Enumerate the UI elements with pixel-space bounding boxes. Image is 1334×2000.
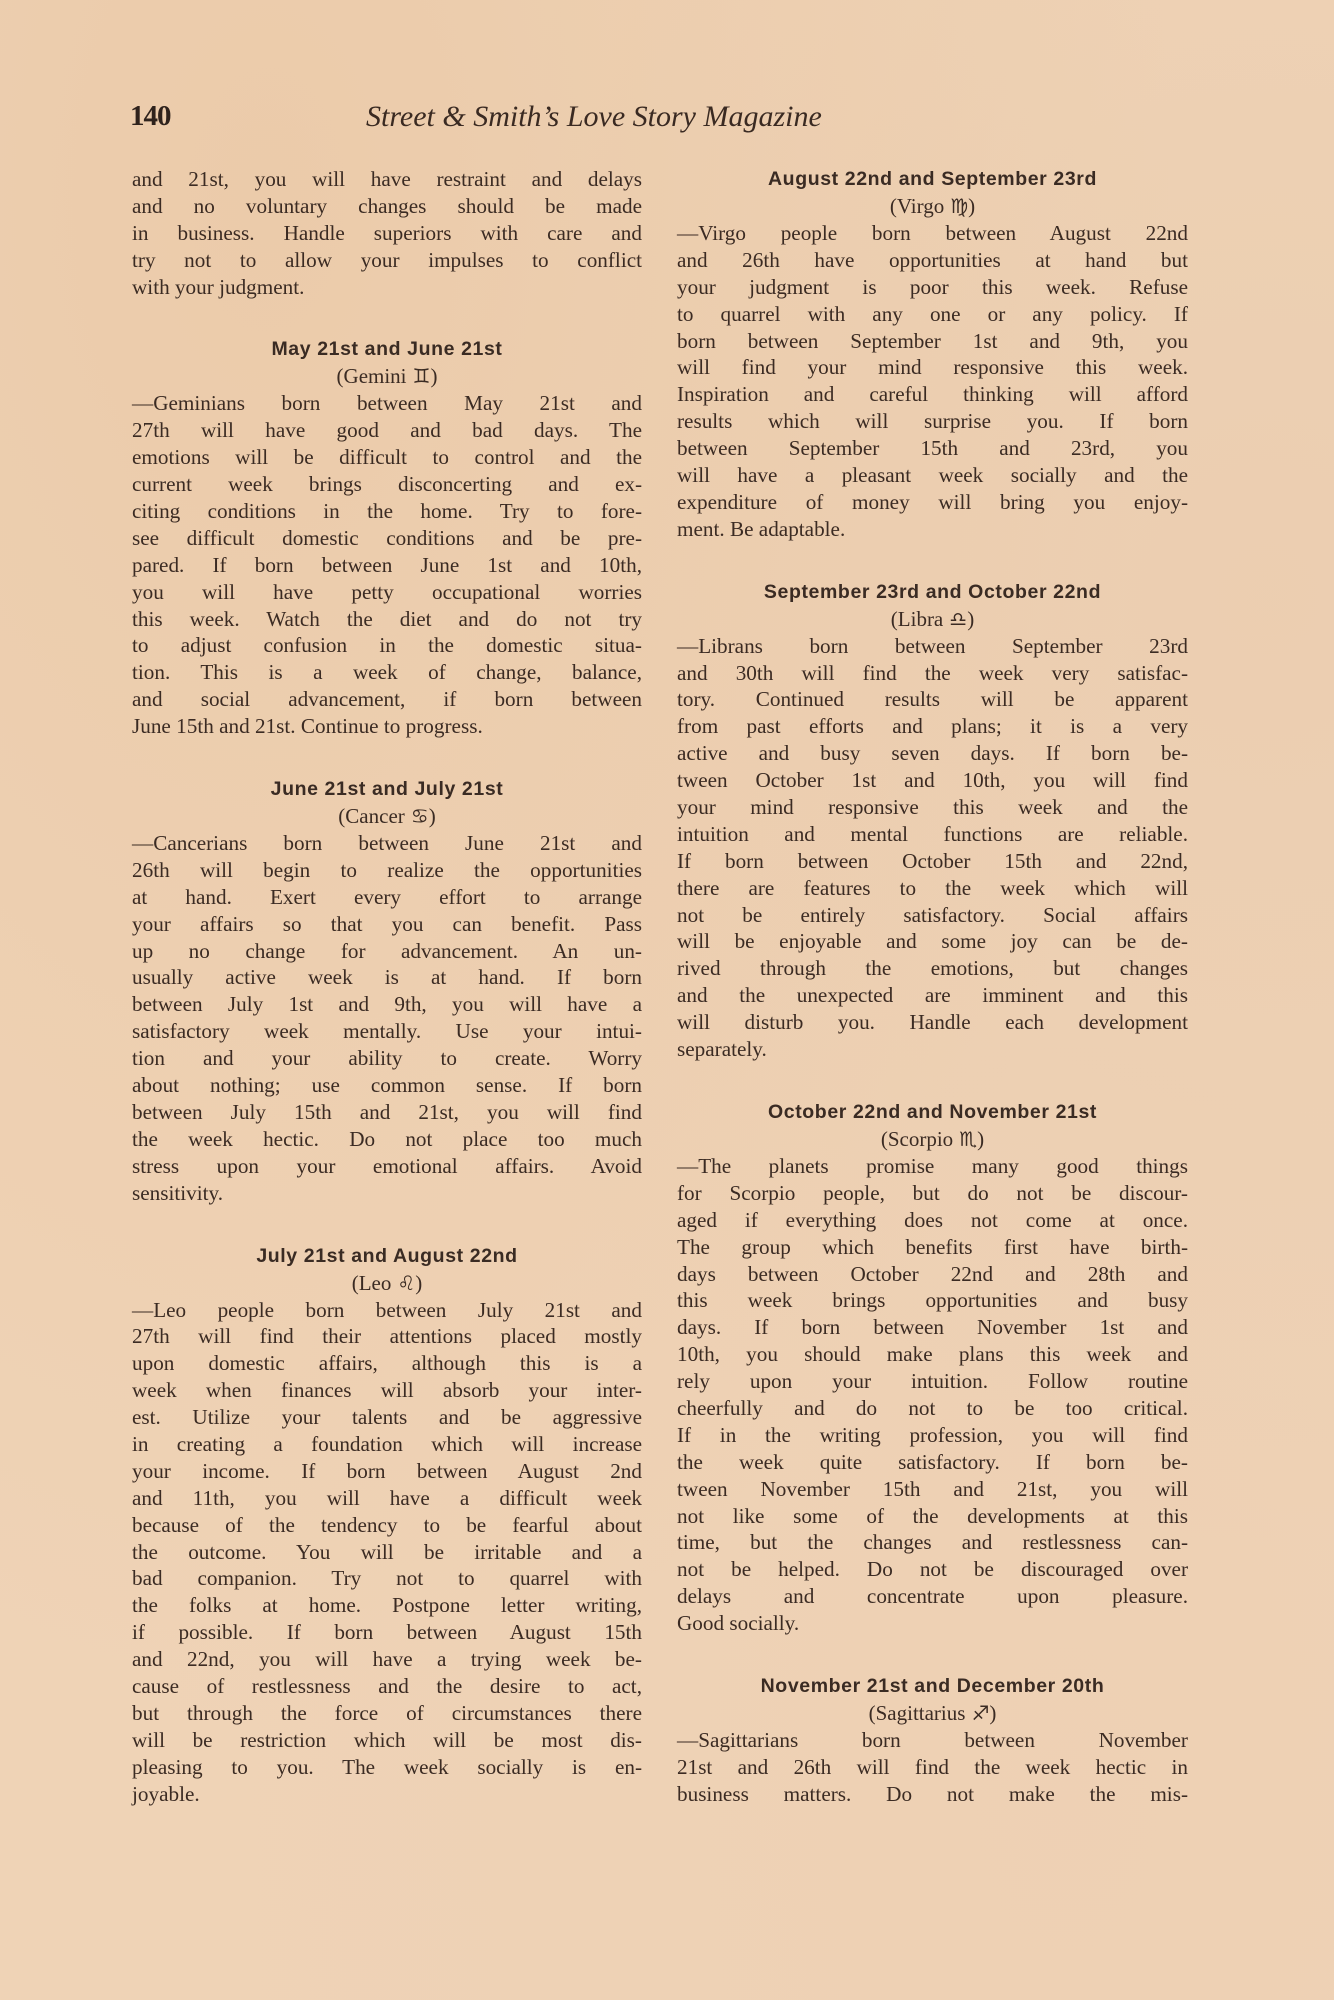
horoscope-section: November 21st and December 20th(Sagittar… (677, 1637, 1188, 1808)
body-line: and 11th, you will have a difficult week (132, 1485, 642, 1512)
section-body: —Librans born between September 23rdand … (677, 633, 1188, 1063)
body-line: —Librans born between September 23rd (677, 633, 1188, 660)
leo-icon: ♌ (397, 1271, 415, 1295)
body-line: business matters. Do not make the mis- (677, 1781, 1188, 1808)
body-line: between September 15th and 23rd, you (677, 435, 1188, 462)
section-gap (677, 543, 1188, 579)
section-gap (132, 1207, 642, 1243)
section-gap (132, 300, 642, 336)
section-body: —The planets promise many good thingsfor… (677, 1153, 1188, 1637)
section-body: —Leo people born between July 21st and27… (132, 1297, 642, 1808)
zodiac-sign-label: (Leo♌) (132, 1270, 642, 1297)
body-line: If born between October 15th and 22nd, (677, 848, 1188, 875)
body-line: tween October 1st and 10th, you will fin… (677, 767, 1188, 794)
body-line: intuition and mental functions are relia… (677, 821, 1188, 848)
zodiac-sign-name: Leo (359, 1271, 392, 1295)
body-line: and 22nd, you will have a trying week be… (132, 1646, 642, 1673)
sagittarius-icon: ♐ (971, 1701, 989, 1725)
body-line: and social advancement, if born between (132, 686, 642, 713)
body-line: because of the tendency to be fearful ab… (132, 1512, 642, 1539)
body-line: tory. Continued results will be apparent (677, 686, 1188, 713)
horoscope-section: May 21st and June 21st(Gemini♊)—Geminian… (132, 300, 642, 740)
body-line: not be entirely satisfactory. Social aff… (677, 902, 1188, 929)
body-line: will find your mind responsive this week… (677, 354, 1188, 381)
body-line: active and busy seven days. If born be- (677, 740, 1188, 767)
body-line: days. If born between November 1st and (677, 1314, 1188, 1341)
body-line: bad companion. Try not to quarrel with (132, 1565, 642, 1592)
body-line: your mind responsive this week and the (677, 794, 1188, 821)
body-line: your judgment is poor this week. Refuse (677, 274, 1188, 301)
right-column: August 22nd and September 23rd(Virgo♍)—V… (677, 166, 1188, 1808)
body-line: —Leo people born between July 21st and (132, 1297, 642, 1324)
section-dates-heading: June 21st and July 21st (132, 776, 642, 803)
body-line: If in the writing profession, you will f… (677, 1422, 1188, 1449)
body-line: in creating a foundation which will incr… (132, 1431, 642, 1458)
body-line: and 21st, you will have restraint and de… (132, 166, 642, 193)
body-line: and no voluntary changes should be made (132, 193, 642, 220)
continued-paragraph: and 21st, you will have restraint and de… (132, 166, 642, 300)
horoscope-section: October 22nd and November 21st(Scorpio♏)… (677, 1063, 1188, 1637)
body-line: rived through the emotions, but changes (677, 955, 1188, 982)
body-line: see difficult domestic conditions and be… (132, 525, 642, 552)
body-line: pleasing to you. The week socially is en… (132, 1754, 642, 1781)
body-line: tion and your ability to create. Worry (132, 1045, 642, 1072)
body-line: will have a pleasant week socially and t… (677, 462, 1188, 489)
body-line: for Scorpio people, but do not be discou… (677, 1180, 1188, 1207)
body-line: and the unexpected are imminent and this (677, 982, 1188, 1009)
body-line: current week brings disconcerting and ex… (132, 471, 642, 498)
body-line: The group which benefits first have birt… (677, 1234, 1188, 1261)
body-line: upon domestic affairs, although this is … (132, 1350, 642, 1377)
body-line: your affairs so that you can benefit. Pa… (132, 911, 642, 938)
body-line: about nothing; use common sense. If born (132, 1072, 642, 1099)
zodiac-sign-name: Virgo (897, 194, 944, 218)
body-line: born between September 1st and 9th, you (677, 328, 1188, 355)
section-gap (677, 1063, 1188, 1099)
section-dates-heading: September 23rd and October 22nd (677, 579, 1188, 606)
zodiac-sign-label: (Sagittarius♐) (677, 1700, 1188, 1727)
section-dates-heading: July 21st and August 22nd (132, 1243, 642, 1270)
page-number: 140 (130, 100, 171, 133)
body-line: usually active week is at hand. If born (132, 964, 642, 991)
body-line: week when finances will absorb your inte… (132, 1377, 642, 1404)
section-dates-heading: October 22nd and November 21st (677, 1099, 1188, 1126)
gemini-icon: ♊ (413, 364, 431, 388)
section-dates-heading: August 22nd and September 23rd (677, 166, 1188, 193)
body-line: 10th, you should make plans this week an… (677, 1341, 1188, 1368)
section-gap (132, 740, 642, 776)
body-line: stress upon your emotional affairs. Avoi… (132, 1153, 642, 1180)
body-line: and 26th have opportunities at hand but (677, 247, 1188, 274)
body-line: if possible. If born between August 15th (132, 1619, 642, 1646)
left-column: and 21st, you will have restraint and de… (132, 166, 642, 1807)
body-line: June 15th and 21st. Continue to progress… (132, 713, 642, 740)
body-line: joyable. (132, 1781, 642, 1808)
body-line: to adjust confusion in the domestic situ… (132, 632, 642, 659)
body-line: will be restriction which will be most d… (132, 1727, 642, 1754)
body-line: and 30th will find the week very satisfa… (677, 660, 1188, 687)
body-line: the week hectic. Do not place too much (132, 1126, 642, 1153)
body-line: cause of restlessness and the desire to … (132, 1673, 642, 1700)
body-line: rely upon your intuition. Follow routine (677, 1368, 1188, 1395)
zodiac-sign-name: Sagittarius (876, 1701, 966, 1725)
body-line: aged if everything does not come at once… (677, 1207, 1188, 1234)
horoscope-section: July 21st and August 22nd(Leo♌)—Leo peop… (132, 1207, 642, 1808)
body-line: tion. This is a week of change, balance, (132, 659, 642, 686)
section-body: —Virgo people born between August 22ndan… (677, 220, 1188, 543)
body-line: in business. Handle superiors with care … (132, 220, 642, 247)
body-line: to quarrel with any one or any policy. I… (677, 301, 1188, 328)
section-body: —Cancerians born between June 21st and26… (132, 830, 642, 1206)
body-line: at hand. Exert every effort to arrange (132, 884, 642, 911)
section-dates-heading: November 21st and December 20th (677, 1673, 1188, 1700)
body-line: —Virgo people born between August 22nd (677, 220, 1188, 247)
body-line: —Geminians born between May 21st and (132, 390, 642, 417)
body-line: 26th will begin to realize the opportuni… (132, 857, 642, 884)
zodiac-sign-label: (Cancer♋) (132, 803, 642, 830)
body-line: up no change for advancement. An un- (132, 938, 642, 965)
body-line: emotions will be difficult to control an… (132, 444, 642, 471)
body-line: you will have petty occupational worries (132, 579, 642, 606)
body-line: will be enjoyable and some joy can be de… (677, 928, 1188, 955)
body-line: the outcome. You will be irritable and a (132, 1539, 642, 1566)
body-line: between July 1st and 9th, you will have … (132, 991, 642, 1018)
body-line: between July 15th and 21st, you will fin… (132, 1099, 642, 1126)
zodiac-sign-name: Libra (898, 607, 943, 631)
body-line: this week brings opportunities and busy (677, 1287, 1188, 1314)
body-line: separately. (677, 1036, 1188, 1063)
body-line: the week quite satisfactory. If born be- (677, 1449, 1188, 1476)
horoscope-section: September 23rd and October 22nd(Libra♎)—… (677, 543, 1188, 1063)
body-line: est. Utilize your talents and be aggress… (132, 1404, 642, 1431)
section-body: —Sagittarians born between November21st … (677, 1727, 1188, 1808)
zodiac-sign-name: Cancer (345, 804, 404, 828)
body-line: this week. Watch the diet and do not try (132, 606, 642, 633)
body-line: —Sagittarians born between November (677, 1727, 1188, 1754)
body-line: there are features to the week which wil… (677, 875, 1188, 902)
body-line: citing conditions in the home. Try to fo… (132, 498, 642, 525)
body-line: results which will surprise you. If born (677, 408, 1188, 435)
zodiac-sign-label: (Libra♎) (677, 606, 1188, 633)
body-line: pared. If born between June 1st and 10th… (132, 552, 642, 579)
body-line: not like some of the developments at thi… (677, 1503, 1188, 1530)
body-line: will disturb you. Handle each developmen… (677, 1009, 1188, 1036)
body-line: satisfactory week mentally. Use your int… (132, 1018, 642, 1045)
body-line: days between October 22nd and 28th and (677, 1261, 1188, 1288)
body-line: with your judgment. (132, 274, 642, 301)
body-line: —Cancerians born between June 21st and (132, 830, 642, 857)
zodiac-sign-label: (Scorpio♏) (677, 1126, 1188, 1153)
scorpio-icon: ♏ (959, 1127, 977, 1151)
horoscope-section: June 21st and July 21st(Cancer♋)—Canceri… (132, 740, 642, 1206)
section-dates-heading: May 21st and June 21st (132, 336, 642, 363)
body-line: expenditure of money will bring you enjo… (677, 489, 1188, 516)
zodiac-sign-name: Gemini (344, 364, 407, 388)
zodiac-sign-label: (Gemini♊) (132, 363, 642, 390)
body-line: your income. If born between August 2nd (132, 1458, 642, 1485)
body-line: Inspiration and careful thinking will af… (677, 381, 1188, 408)
body-line: time, but the changes and restlessness c… (677, 1529, 1188, 1556)
section-body: —Geminians born between May 21st and27th… (132, 390, 642, 740)
horoscope-section: August 22nd and September 23rd(Virgo♍)—V… (677, 166, 1188, 543)
body-line: —The planets promise many good things (677, 1153, 1188, 1180)
libra-icon: ♎ (949, 607, 967, 631)
body-line: but through the force of circumstances t… (132, 1700, 642, 1727)
running-head: Street & Smith’s Love Story Magazine (366, 100, 946, 134)
virgo-icon: ♍ (950, 194, 968, 218)
body-line: delays and concentrate upon pleasure. (677, 1583, 1188, 1610)
body-line: 27th will find their attentions placed m… (132, 1323, 642, 1350)
body-line: from past efforts and plans; it is a ver… (677, 713, 1188, 740)
zodiac-sign-name: Scorpio (888, 1127, 953, 1151)
body-line: Good socially. (677, 1610, 1188, 1637)
body-line: not be helped. Do not be discouraged ove… (677, 1556, 1188, 1583)
zodiac-sign-label: (Virgo♍) (677, 193, 1188, 220)
body-line: cheerfully and do not to be too critical… (677, 1395, 1188, 1422)
body-line: the folks at home. Postpone letter writi… (132, 1592, 642, 1619)
body-line: 21st and 26th will find the week hectic … (677, 1754, 1188, 1781)
body-line: try not to allow your impulses to confli… (132, 247, 642, 274)
body-line: sensitivity. (132, 1180, 642, 1207)
body-line: 27th will have good and bad days. The (132, 417, 642, 444)
cancer-icon: ♋ (411, 804, 429, 828)
body-line: ment. Be adaptable. (677, 516, 1188, 543)
section-gap (677, 1637, 1188, 1673)
body-line: tween November 15th and 21st, you will (677, 1476, 1188, 1503)
